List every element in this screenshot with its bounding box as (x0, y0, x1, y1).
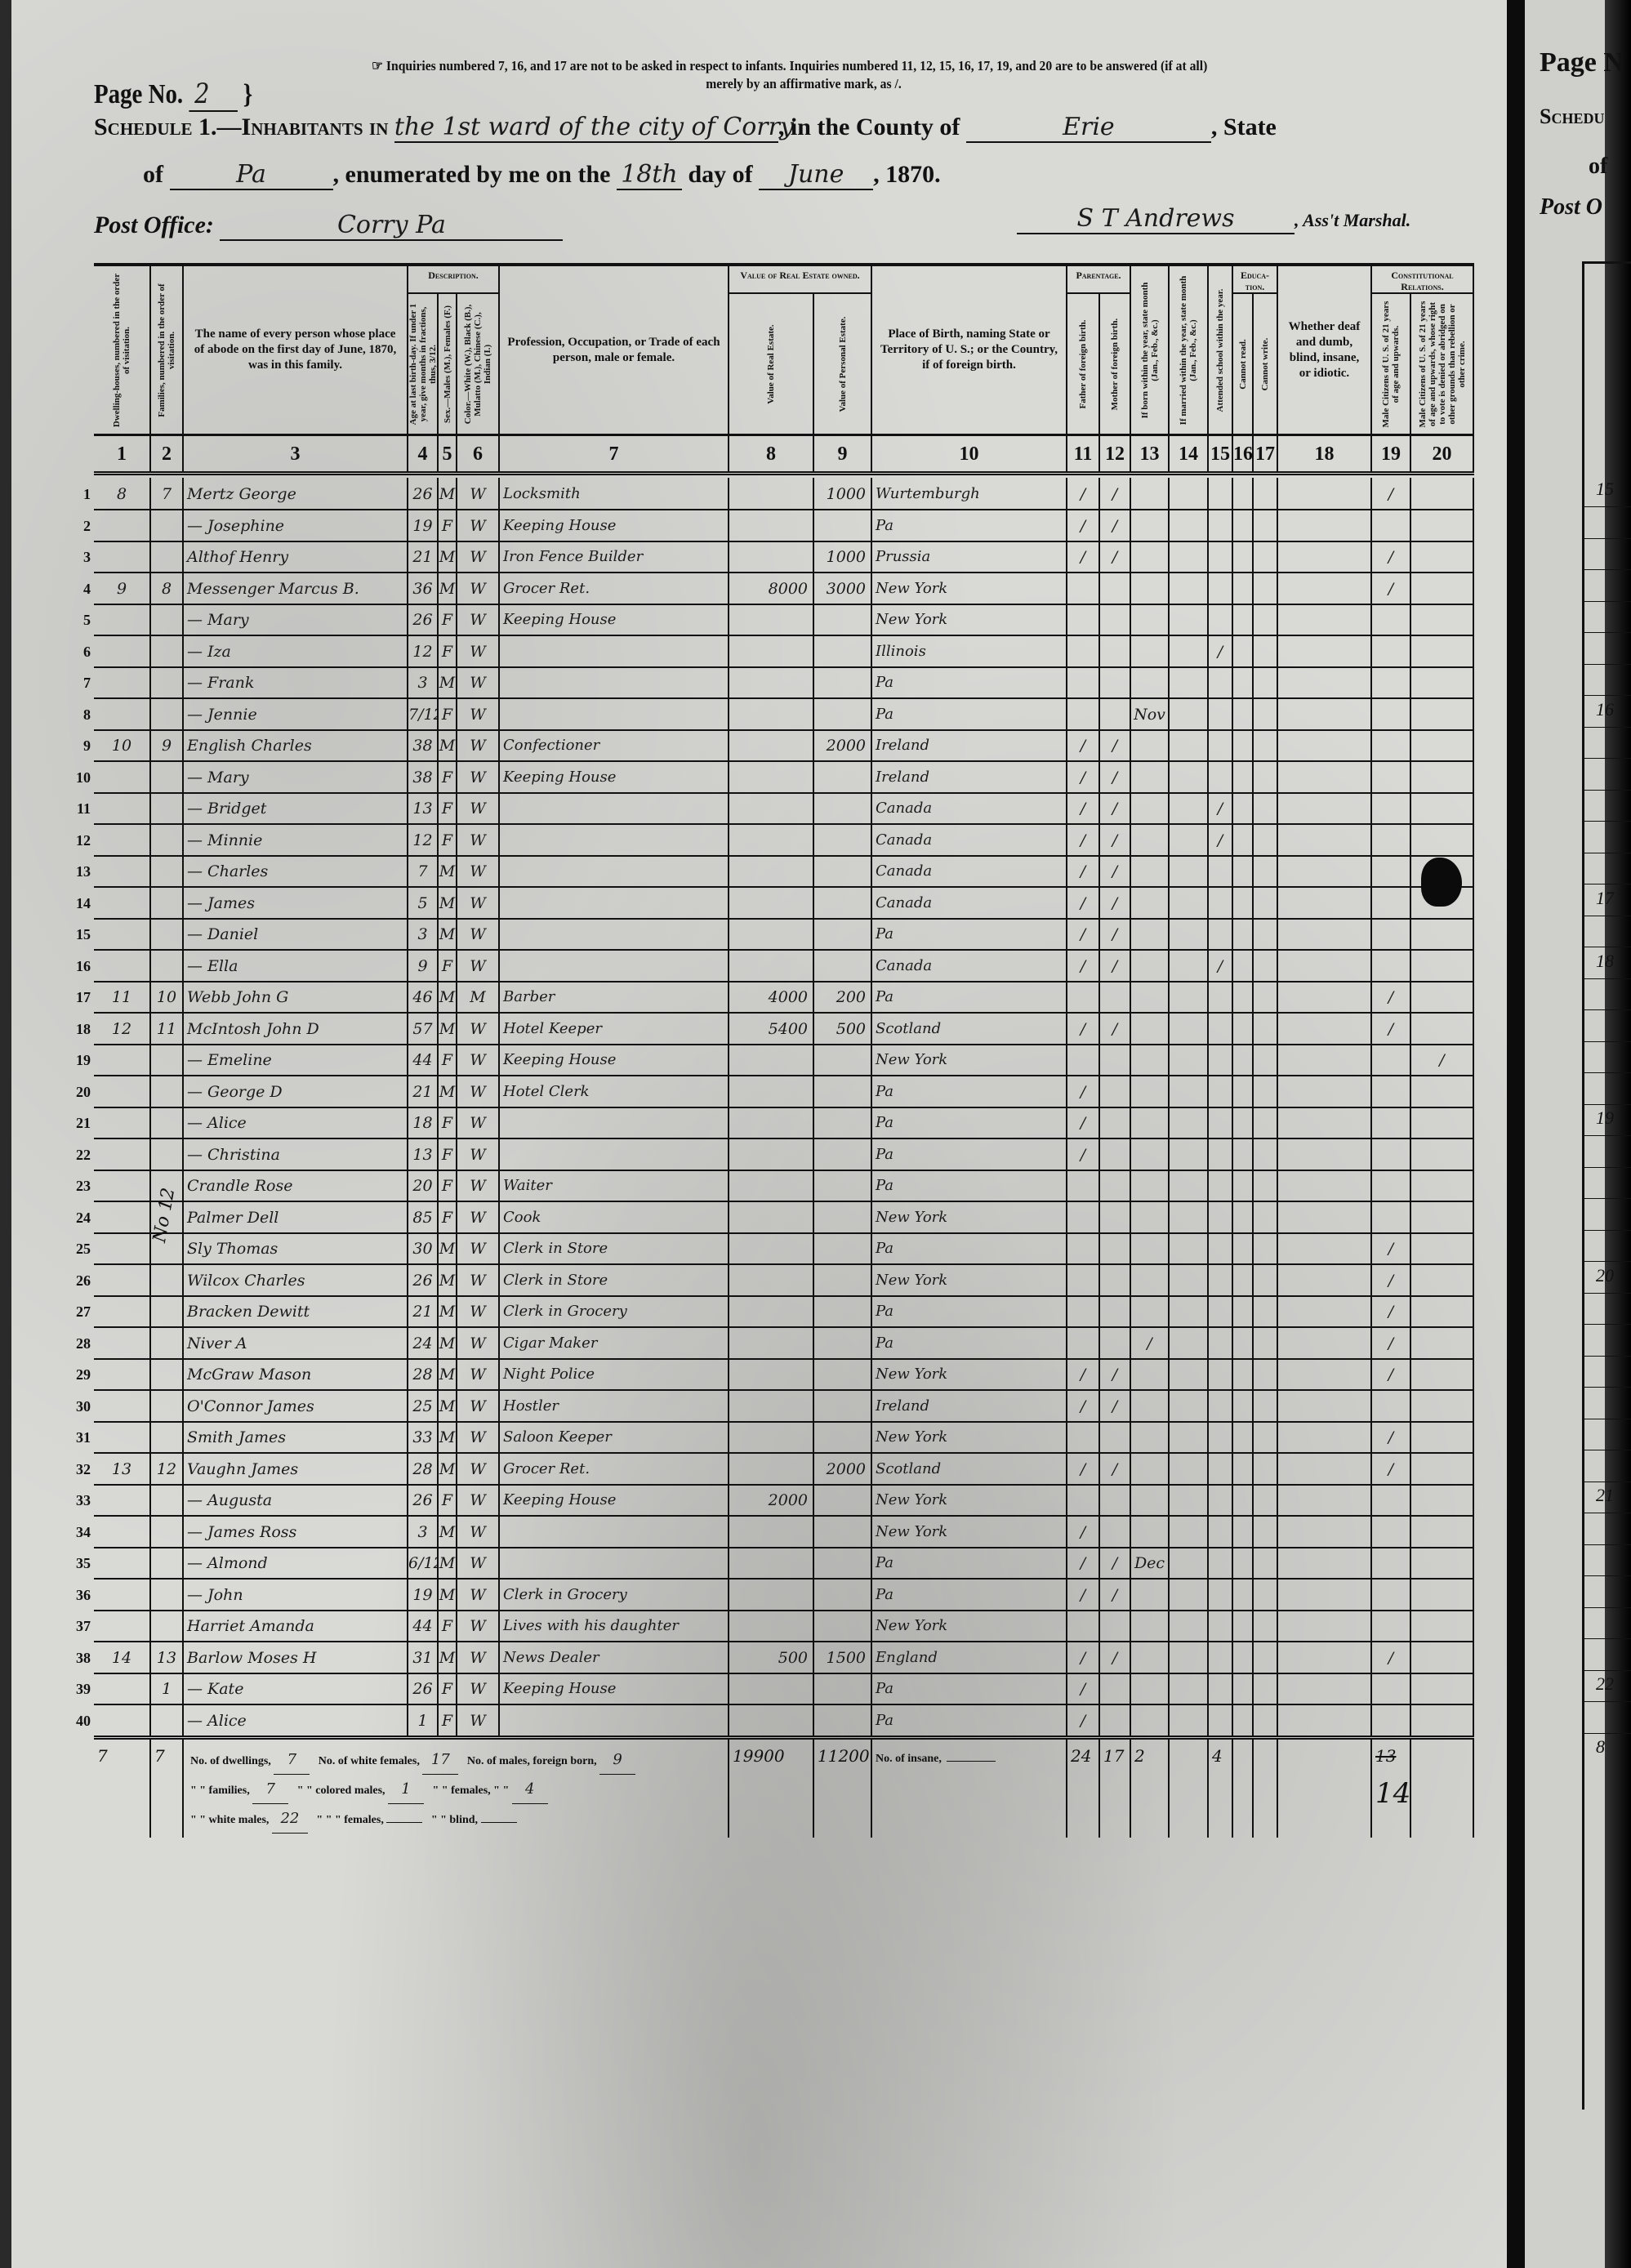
cell-personal-estate[interactable] (814, 1358, 872, 1389)
cell-cant-read[interactable] (1233, 1295, 1254, 1326)
cell-cant-read[interactable] (1233, 950, 1254, 981)
cell-personal-estate[interactable]: 1000 (814, 541, 872, 572)
cell-sex[interactable]: F (439, 510, 457, 541)
cell-citizen[interactable] (1372, 635, 1411, 666)
cell-denied[interactable] (1411, 1673, 1474, 1704)
cell-color[interactable]: W (457, 1610, 500, 1641)
cell-color[interactable]: W (457, 761, 500, 792)
location-field[interactable]: the 1st ward of the city of Corry (394, 113, 778, 143)
cell-sex[interactable]: F (439, 1044, 457, 1075)
cell-color[interactable]: W (457, 1295, 500, 1326)
cell-sex[interactable]: F (439, 635, 457, 666)
cell-color[interactable]: W (457, 1453, 500, 1484)
cell-school[interactable] (1209, 981, 1233, 1012)
cell-school[interactable] (1209, 1295, 1233, 1326)
cell-mother-foreign[interactable] (1100, 1704, 1131, 1736)
cell-cant-read[interactable] (1233, 887, 1254, 918)
cell-father-foreign[interactable] (1067, 1170, 1100, 1201)
cell-school[interactable] (1209, 1516, 1233, 1547)
cell-father-foreign[interactable] (1067, 666, 1100, 697)
cell-born-month[interactable] (1131, 1076, 1170, 1107)
cell-dwelling[interactable] (94, 855, 151, 886)
cell-mother-foreign[interactable] (1100, 1327, 1131, 1358)
cell-occupation[interactable] (500, 824, 729, 855)
cell-real-estate[interactable] (729, 1579, 814, 1610)
cell-family[interactable] (151, 1421, 184, 1452)
cell-denied[interactable] (1411, 573, 1474, 604)
cell-dwelling[interactable]: 10 (94, 729, 151, 760)
cell-real-estate[interactable] (729, 698, 814, 729)
cell-sex[interactable]: F (439, 1610, 457, 1641)
cell-birthplace[interactable]: New York (872, 573, 1067, 604)
cell-citizen[interactable] (1372, 1484, 1411, 1515)
cell-real-estate[interactable]: 2000 (729, 1484, 814, 1515)
cell-occupation[interactable]: Keeping House (500, 1673, 729, 1704)
cell-married-month[interactable] (1170, 855, 1209, 886)
cell-real-estate[interactable] (729, 855, 814, 886)
cell-cant-write[interactable] (1254, 1044, 1278, 1075)
cell-birthplace[interactable]: Canada (872, 855, 1067, 886)
cell-birthplace[interactable]: Pa (872, 1673, 1067, 1704)
cell-born-month[interactable]: Nov (1131, 698, 1170, 729)
cell-citizen[interactable] (1372, 1138, 1411, 1170)
cell-married-month[interactable] (1170, 604, 1209, 635)
cell-cant-read[interactable] (1233, 1201, 1254, 1232)
cell-name[interactable]: — George D (184, 1076, 408, 1107)
cell-birthplace[interactable]: Pa (872, 981, 1067, 1012)
post-office-field[interactable]: Corry Pa (220, 211, 563, 241)
cell-cant-read[interactable] (1233, 1107, 1254, 1138)
cell-father-foreign[interactable]: / (1067, 792, 1100, 823)
cell-sex[interactable]: F (439, 761, 457, 792)
cell-personal-estate[interactable] (814, 604, 872, 635)
cell-school[interactable] (1209, 573, 1233, 604)
cell-birthplace[interactable]: Pa (872, 918, 1067, 949)
cell-married-month[interactable] (1170, 1547, 1209, 1578)
cell-age[interactable]: 3 (408, 918, 439, 949)
cell-name[interactable]: — John (184, 1579, 408, 1610)
cell-birthplace[interactable]: Pa (872, 1076, 1067, 1107)
cell-father-foreign[interactable]: / (1067, 1107, 1100, 1138)
cell-name[interactable]: — James Ross (184, 1516, 408, 1547)
cell-birthplace[interactable]: Pa (872, 1232, 1067, 1263)
cell-disability[interactable] (1278, 1547, 1372, 1578)
cell-personal-estate[interactable] (814, 1547, 872, 1578)
cell-age[interactable]: 12 (408, 635, 439, 666)
cell-citizen[interactable]: / (1372, 573, 1411, 604)
cell-born-month[interactable] (1131, 824, 1170, 855)
cell-cant-write[interactable] (1254, 1579, 1278, 1610)
cell-personal-estate[interactable] (814, 1076, 872, 1107)
cell-sex[interactable]: M (439, 1327, 457, 1358)
cell-dwelling[interactable] (94, 1201, 151, 1232)
cell-father-foreign[interactable]: / (1067, 1453, 1100, 1484)
cell-disability[interactable] (1278, 1044, 1372, 1075)
cell-name[interactable]: — Daniel (184, 918, 408, 949)
cell-cant-read[interactable] (1233, 1390, 1254, 1421)
cell-mother-foreign[interactable] (1100, 1673, 1131, 1704)
cell-color[interactable]: W (457, 1547, 500, 1578)
cell-school[interactable] (1209, 1579, 1233, 1610)
cell-personal-estate[interactable] (814, 1673, 872, 1704)
cell-citizen[interactable] (1372, 1673, 1411, 1704)
cell-married-month[interactable] (1170, 950, 1209, 981)
cell-family[interactable] (151, 824, 184, 855)
cell-cant-read[interactable] (1233, 792, 1254, 823)
cell-cant-read[interactable] (1233, 510, 1254, 541)
cell-born-month[interactable] (1131, 1013, 1170, 1044)
cell-married-month[interactable] (1170, 635, 1209, 666)
cell-occupation[interactable] (500, 792, 729, 823)
cell-born-month[interactable] (1131, 1453, 1170, 1484)
cell-cant-read[interactable] (1233, 1358, 1254, 1389)
cell-cant-read[interactable] (1233, 1704, 1254, 1736)
cell-birthplace[interactable]: New York (872, 1264, 1067, 1295)
cell-denied[interactable] (1411, 1516, 1474, 1547)
cell-real-estate[interactable] (729, 1516, 814, 1547)
cell-name[interactable]: — Ella (184, 950, 408, 981)
cell-sex[interactable]: M (439, 541, 457, 572)
cell-disability[interactable] (1278, 1390, 1372, 1421)
cell-birthplace[interactable]: New York (872, 1484, 1067, 1515)
cell-occupation[interactable] (500, 1107, 729, 1138)
cell-dwelling[interactable]: 11 (94, 981, 151, 1012)
cell-birthplace[interactable]: Ireland (872, 729, 1067, 760)
cell-denied[interactable] (1411, 1421, 1474, 1452)
cell-born-month[interactable] (1131, 950, 1170, 981)
cell-sex[interactable]: M (439, 478, 457, 509)
cell-citizen[interactable]: / (1372, 478, 1411, 509)
cell-denied[interactable] (1411, 1610, 1474, 1641)
cell-mother-foreign[interactable] (1100, 604, 1131, 635)
cell-cant-read[interactable] (1233, 1642, 1254, 1673)
cell-citizen[interactable]: / (1372, 1453, 1411, 1484)
cell-family[interactable] (151, 1107, 184, 1138)
cell-real-estate[interactable] (729, 1044, 814, 1075)
cell-name[interactable]: — Iza (184, 635, 408, 666)
cell-born-month[interactable] (1131, 855, 1170, 886)
cell-birthplace[interactable]: Canada (872, 824, 1067, 855)
cell-father-foreign[interactable]: / (1067, 729, 1100, 760)
cell-cant-write[interactable] (1254, 1673, 1278, 1704)
cell-family[interactable] (151, 510, 184, 541)
cell-father-foreign[interactable]: / (1067, 855, 1100, 886)
cell-married-month[interactable] (1170, 792, 1209, 823)
cell-name[interactable]: Crandle Rose (184, 1170, 408, 1201)
cell-mother-foreign[interactable]: / (1100, 541, 1131, 572)
cell-married-month[interactable] (1170, 510, 1209, 541)
cell-denied[interactable] (1411, 510, 1474, 541)
cell-married-month[interactable] (1170, 478, 1209, 509)
cell-name[interactable]: — James (184, 887, 408, 918)
cell-personal-estate[interactable] (814, 1610, 872, 1641)
cell-age[interactable]: 26 (408, 604, 439, 635)
cell-sex[interactable]: F (439, 698, 457, 729)
cell-father-foreign[interactable]: / (1067, 1390, 1100, 1421)
cell-school[interactable] (1209, 1264, 1233, 1295)
cell-father-foreign[interactable] (1067, 1421, 1100, 1452)
cell-birthplace[interactable]: Pa (872, 1138, 1067, 1170)
cell-denied[interactable] (1411, 1704, 1474, 1736)
cell-cant-write[interactable] (1254, 1484, 1278, 1515)
cell-dwelling[interactable]: 9 (94, 573, 151, 604)
cell-denied[interactable] (1411, 1076, 1474, 1107)
cell-age[interactable]: 28 (408, 1358, 439, 1389)
cell-married-month[interactable] (1170, 573, 1209, 604)
cell-sex[interactable]: F (439, 1673, 457, 1704)
cell-school[interactable] (1209, 604, 1233, 635)
cell-disability[interactable] (1278, 981, 1372, 1012)
cell-school[interactable] (1209, 855, 1233, 886)
cell-citizen[interactable]: / (1372, 1013, 1411, 1044)
cell-denied[interactable] (1411, 1138, 1474, 1170)
cell-age[interactable]: 26 (408, 478, 439, 509)
cell-color[interactable]: W (457, 1201, 500, 1232)
cell-name[interactable]: Messenger Marcus B. (184, 573, 408, 604)
cell-mother-foreign[interactable]: / (1100, 1013, 1131, 1044)
cell-born-month[interactable] (1131, 1390, 1170, 1421)
cell-color[interactable]: W (457, 478, 500, 509)
cell-school[interactable] (1209, 1327, 1233, 1358)
cell-age[interactable]: 44 (408, 1610, 439, 1641)
cell-family[interactable] (151, 1264, 184, 1295)
cell-color[interactable]: W (457, 698, 500, 729)
cell-married-month[interactable] (1170, 1107, 1209, 1138)
cell-father-foreign[interactable] (1067, 1327, 1100, 1358)
cell-color[interactable]: W (457, 1579, 500, 1610)
cell-birthplace[interactable]: Canada (872, 792, 1067, 823)
cell-sex[interactable]: M (439, 1013, 457, 1044)
cell-father-foreign[interactable]: / (1067, 1642, 1100, 1673)
cell-personal-estate[interactable] (814, 918, 872, 949)
cell-citizen[interactable] (1372, 1579, 1411, 1610)
cell-personal-estate[interactable] (814, 1390, 872, 1421)
cell-citizen[interactable] (1372, 950, 1411, 981)
cell-dwelling[interactable] (94, 1232, 151, 1263)
cell-age[interactable]: 25 (408, 1390, 439, 1421)
cell-real-estate[interactable] (729, 1232, 814, 1263)
cell-name[interactable]: Althof Henry (184, 541, 408, 572)
cell-occupation[interactable]: Hotel Keeper (500, 1013, 729, 1044)
cell-real-estate[interactable] (729, 1170, 814, 1201)
cell-cant-write[interactable] (1254, 981, 1278, 1012)
cell-dwelling[interactable] (94, 635, 151, 666)
cell-mother-foreign[interactable] (1100, 1516, 1131, 1547)
cell-sex[interactable]: M (439, 1516, 457, 1547)
cell-personal-estate[interactable] (814, 635, 872, 666)
cell-age[interactable]: 26 (408, 1484, 439, 1515)
cell-birthplace[interactable]: Pa (872, 1547, 1067, 1578)
cell-color[interactable]: W (457, 1327, 500, 1358)
cell-occupation[interactable] (500, 1704, 729, 1736)
cell-birthplace[interactable]: Pa (872, 1170, 1067, 1201)
cell-married-month[interactable] (1170, 666, 1209, 697)
cell-occupation[interactable]: Keeping House (500, 604, 729, 635)
cell-name[interactable]: Sly Thomas (184, 1232, 408, 1263)
cell-sex[interactable]: F (439, 950, 457, 981)
cell-cant-read[interactable] (1233, 1453, 1254, 1484)
cell-birthplace[interactable]: Pa (872, 510, 1067, 541)
cell-occupation[interactable]: Keeping House (500, 761, 729, 792)
cell-occupation[interactable]: Confectioner (500, 729, 729, 760)
cell-personal-estate[interactable] (814, 1327, 872, 1358)
cell-birthplace[interactable]: Pa (872, 1107, 1067, 1138)
cell-married-month[interactable] (1170, 1642, 1209, 1673)
cell-sex[interactable]: F (439, 1107, 457, 1138)
cell-born-month[interactable]: / (1131, 1327, 1170, 1358)
cell-married-month[interactable] (1170, 1201, 1209, 1232)
cell-father-foreign[interactable] (1067, 1044, 1100, 1075)
cell-born-month[interactable] (1131, 1358, 1170, 1389)
cell-married-month[interactable] (1170, 1232, 1209, 1263)
cell-family[interactable] (151, 541, 184, 572)
cell-name[interactable]: — Augusta (184, 1484, 408, 1515)
cell-family[interactable] (151, 1516, 184, 1547)
cell-school[interactable] (1209, 1013, 1233, 1044)
cell-dwelling[interactable] (94, 510, 151, 541)
cell-real-estate[interactable] (729, 1264, 814, 1295)
cell-real-estate[interactable] (729, 1201, 814, 1232)
cell-occupation[interactable] (500, 635, 729, 666)
cell-name[interactable]: McIntosh John D (184, 1013, 408, 1044)
cell-cant-write[interactable] (1254, 635, 1278, 666)
cell-cant-write[interactable] (1254, 698, 1278, 729)
cell-denied[interactable] (1411, 918, 1474, 949)
cell-married-month[interactable] (1170, 1484, 1209, 1515)
cell-name[interactable]: — Almond (184, 1547, 408, 1578)
cell-personal-estate[interactable] (814, 1170, 872, 1201)
cell-age[interactable]: 7/12 (408, 698, 439, 729)
cell-married-month[interactable] (1170, 887, 1209, 918)
cell-mother-foreign[interactable] (1100, 981, 1131, 1012)
cell-cant-read[interactable] (1233, 698, 1254, 729)
cell-citizen[interactable] (1372, 1170, 1411, 1201)
cell-disability[interactable] (1278, 635, 1372, 666)
cell-cant-read[interactable] (1233, 1579, 1254, 1610)
cell-occupation[interactable] (500, 887, 729, 918)
cell-personal-estate[interactable] (814, 855, 872, 886)
cell-color[interactable]: W (457, 1704, 500, 1736)
cell-dwelling[interactable] (94, 541, 151, 572)
cell-family[interactable]: 9 (151, 729, 184, 760)
cell-citizen[interactable]: / (1372, 1232, 1411, 1263)
cell-father-foreign[interactable] (1067, 1232, 1100, 1263)
cell-sex[interactable]: M (439, 1232, 457, 1263)
cell-real-estate[interactable] (729, 1076, 814, 1107)
cell-real-estate[interactable] (729, 1358, 814, 1389)
cell-cant-write[interactable] (1254, 510, 1278, 541)
cell-mother-foreign[interactable]: / (1100, 478, 1131, 509)
cell-father-foreign[interactable]: / (1067, 824, 1100, 855)
cell-birthplace[interactable]: England (872, 1642, 1067, 1673)
cell-married-month[interactable] (1170, 981, 1209, 1012)
cell-family[interactable] (151, 1390, 184, 1421)
cell-age[interactable]: 26 (408, 1264, 439, 1295)
cell-birthplace[interactable]: Pa (872, 666, 1067, 697)
cell-real-estate[interactable] (729, 950, 814, 981)
cell-mother-foreign[interactable] (1100, 1076, 1131, 1107)
cell-school[interactable]: / (1209, 635, 1233, 666)
cell-family[interactable] (151, 1076, 184, 1107)
cell-personal-estate[interactable]: 2000 (814, 1453, 872, 1484)
cell-married-month[interactable] (1170, 1704, 1209, 1736)
cell-cant-read[interactable] (1233, 1232, 1254, 1263)
cell-age[interactable]: 26 (408, 1673, 439, 1704)
cell-name[interactable]: Barlow Moses H (184, 1642, 408, 1673)
cell-birthplace[interactable]: Scotland (872, 1013, 1067, 1044)
cell-color[interactable]: W (457, 666, 500, 697)
cell-dwelling[interactable] (94, 792, 151, 823)
cell-name[interactable]: — Kate (184, 1673, 408, 1704)
cell-school[interactable] (1209, 1390, 1233, 1421)
cell-family[interactable] (151, 1484, 184, 1515)
cell-birthplace[interactable]: Scotland (872, 1453, 1067, 1484)
cell-school[interactable]: / (1209, 792, 1233, 823)
cell-disability[interactable] (1278, 1421, 1372, 1452)
cell-real-estate[interactable] (729, 1295, 814, 1326)
cell-cant-write[interactable] (1254, 1516, 1278, 1547)
cell-sex[interactable]: M (439, 1547, 457, 1578)
cell-dwelling[interactable] (94, 1421, 151, 1452)
cell-citizen[interactable] (1372, 792, 1411, 823)
cell-disability[interactable] (1278, 950, 1372, 981)
cell-occupation[interactable]: Saloon Keeper (500, 1421, 729, 1452)
cell-mother-foreign[interactable]: / (1100, 1453, 1131, 1484)
cell-school[interactable] (1209, 1107, 1233, 1138)
cell-dwelling[interactable] (94, 1264, 151, 1295)
cell-school[interactable] (1209, 478, 1233, 509)
cell-birthplace[interactable]: Wurtemburgh (872, 478, 1067, 509)
cell-cant-write[interactable] (1254, 1453, 1278, 1484)
cell-mother-foreign[interactable]: / (1100, 1390, 1131, 1421)
cell-age[interactable]: 46 (408, 981, 439, 1012)
cell-married-month[interactable] (1170, 1673, 1209, 1704)
cell-disability[interactable] (1278, 1327, 1372, 1358)
cell-born-month[interactable] (1131, 1673, 1170, 1704)
cell-mother-foreign[interactable] (1100, 1107, 1131, 1138)
cell-color[interactable]: W (457, 1013, 500, 1044)
cell-sex[interactable]: M (439, 887, 457, 918)
cell-disability[interactable] (1278, 510, 1372, 541)
cell-denied[interactable] (1411, 698, 1474, 729)
cell-disability[interactable] (1278, 1264, 1372, 1295)
cell-sex[interactable]: M (439, 1579, 457, 1610)
cell-personal-estate[interactable]: 1000 (814, 478, 872, 509)
cell-occupation[interactable] (500, 698, 729, 729)
cell-cant-write[interactable] (1254, 1295, 1278, 1326)
cell-disability[interactable] (1278, 1704, 1372, 1736)
cell-birthplace[interactable]: Pa (872, 1579, 1067, 1610)
cell-mother-foreign[interactable] (1100, 1264, 1131, 1295)
cell-married-month[interactable] (1170, 1453, 1209, 1484)
cell-personal-estate[interactable] (814, 1579, 872, 1610)
cell-father-foreign[interactable]: / (1067, 918, 1100, 949)
cell-mother-foreign[interactable] (1100, 1484, 1131, 1515)
cell-occupation[interactable] (500, 950, 729, 981)
cell-dwelling[interactable] (94, 918, 151, 949)
cell-real-estate[interactable] (729, 604, 814, 635)
cell-mother-foreign[interactable] (1100, 698, 1131, 729)
cell-father-foreign[interactable] (1067, 1201, 1100, 1232)
cell-real-estate[interactable] (729, 478, 814, 509)
cell-disability[interactable] (1278, 1579, 1372, 1610)
cell-dwelling[interactable] (94, 1579, 151, 1610)
cell-father-foreign[interactable]: / (1067, 1138, 1100, 1170)
cell-denied[interactable] (1411, 1358, 1474, 1389)
cell-family[interactable]: 11 (151, 1013, 184, 1044)
cell-personal-estate[interactable]: 500 (814, 1013, 872, 1044)
cell-personal-estate[interactable] (814, 1421, 872, 1452)
